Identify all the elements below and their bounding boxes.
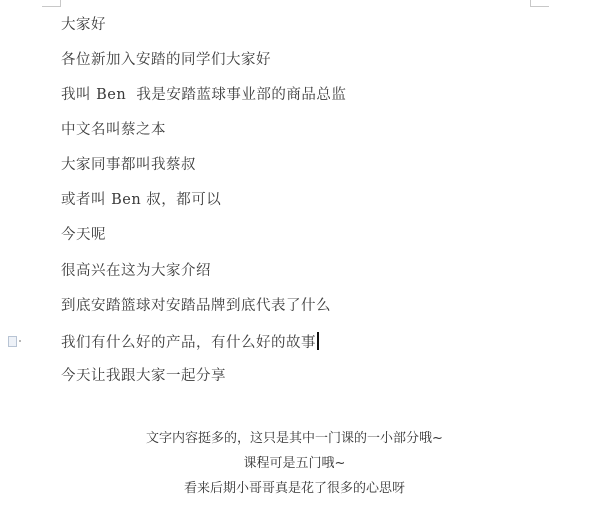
- paragraph-marker-dot: [19, 340, 21, 342]
- doc-line[interactable]: 各位新加入安踏的同学们大家好: [61, 51, 271, 69]
- caption-line: 课程可是五门哦~: [0, 451, 589, 476]
- caption-line: 看来后期小哥哥真是花了很多的心思呀: [0, 476, 589, 501]
- doc-line[interactable]: 今天呢: [61, 226, 106, 244]
- doc-line[interactable]: 到底安踏篮球对安踏品牌到底代表了什么: [61, 297, 331, 315]
- document-paragraph-icon: [8, 336, 17, 347]
- doc-line-active[interactable]: 我们有什么好的产品，有什么好的故事: [61, 332, 319, 352]
- caption-block: 文字内容挺多的，这只是其中一门课的一小部分哦~ 课程可是五门哦~ 看来后期小哥哥…: [0, 426, 589, 501]
- doc-line[interactable]: 很高兴在这为大家介绍: [61, 262, 211, 280]
- doc-line[interactable]: 或者叫 Ben 叔，都可以: [61, 191, 221, 209]
- doc-line[interactable]: 我叫 Ben 我是安踏蓝球事业部的商品总监: [61, 86, 346, 104]
- doc-line-text: 我们有什么好的产品，有什么好的故事: [61, 335, 316, 351]
- doc-line[interactable]: 大家同事都叫我蔡叔: [61, 156, 196, 174]
- doc-line[interactable]: 中文名叫蔡之本: [61, 121, 166, 139]
- doc-line[interactable]: 大家好: [61, 16, 106, 34]
- page-corner-mark-top-right: [530, 0, 549, 7]
- doc-line[interactable]: 今天让我跟大家一起分享: [61, 367, 226, 385]
- text-cursor: [317, 332, 319, 350]
- caption-line: 文字内容挺多的，这只是其中一门课的一小部分哦~: [0, 426, 589, 451]
- page-corner-mark-top-left: [42, 0, 61, 7]
